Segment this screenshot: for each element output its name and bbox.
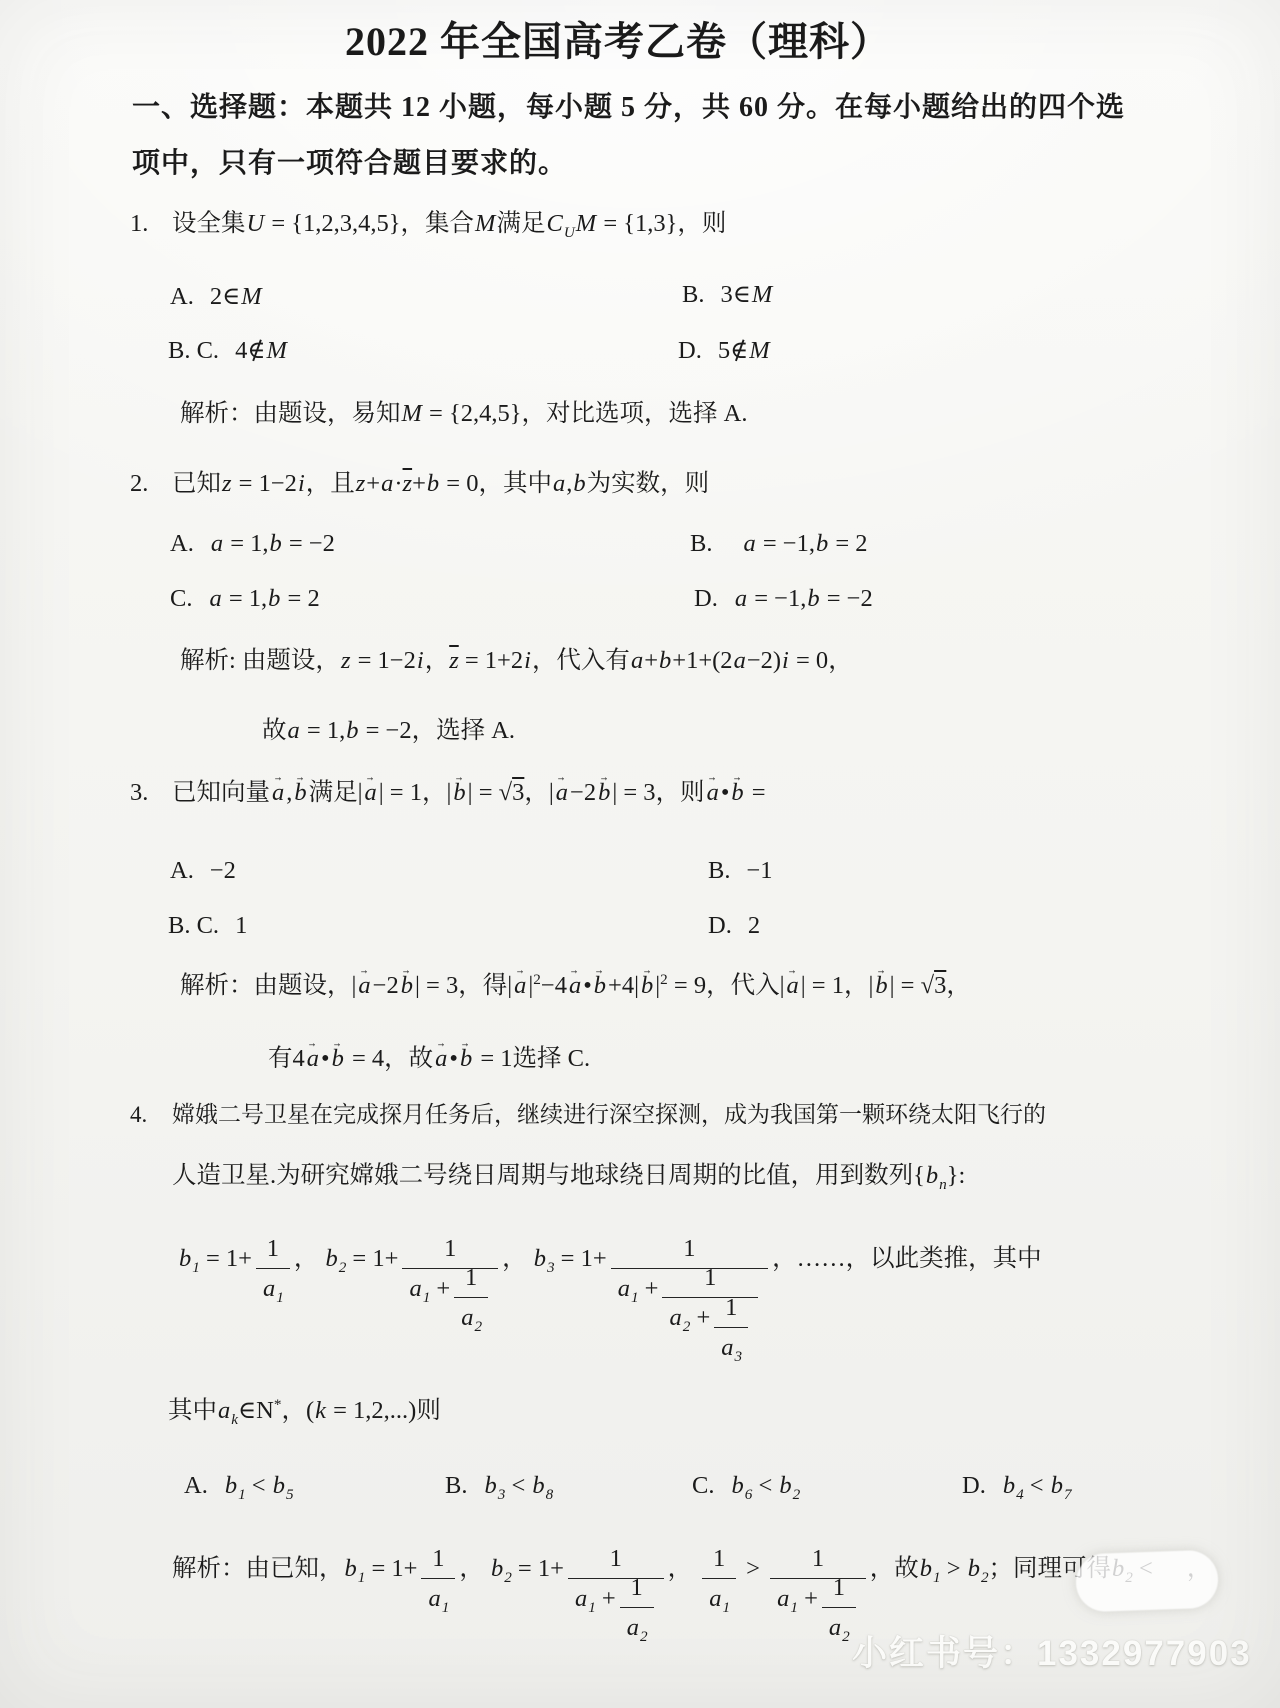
question-number: 2. [130, 468, 172, 500]
option-value: b1 < b5 [224, 1472, 294, 1499]
option-label: B. [708, 857, 730, 884]
option-d: D.b4 < b7 [962, 1470, 1072, 1505]
fraction-b3: 1a1 +1a2 +1a3 [611, 1233, 768, 1387]
option-label: A. [184, 1472, 208, 1499]
option-value: 4∉M [235, 337, 288, 364]
option-value: 5∉M [718, 337, 771, 364]
option-value: a = −1,b = 2 [742, 530, 867, 557]
exam-page: { "title": "2022 年全国高考乙卷（理科）", "section"… [0, 0, 1280, 1708]
option-value: 3∈M [720, 281, 773, 308]
b3-lhs: b3 = 1+ [533, 1245, 607, 1272]
analysis-line: 解析：由题设，易知M = {2,4,5}，对比选项，选择 A. [180, 398, 747, 430]
option-label: C. [692, 1472, 714, 1499]
comma: ， [668, 1555, 693, 1582]
option-b: B.b3 < b8 [445, 1470, 553, 1505]
option-a: A.b1 < b5 [184, 1470, 294, 1505]
option-value: −2 [210, 857, 236, 884]
question-number: 4. [130, 1100, 172, 1130]
comma: ， [294, 1245, 319, 1272]
option-label: B. [682, 281, 704, 308]
comma: ， [502, 1245, 527, 1272]
option-label: A. [170, 530, 194, 557]
watermark-id: 小红书号：1332977903 [852, 1626, 1252, 1676]
question-number: 1. [130, 208, 172, 240]
fraction-1-a1: 1a1 [702, 1543, 736, 1617]
stem-text: 设全集U = {1,2,3,4,5}，集合M满足CUM = {1,3}，则 [172, 210, 726, 237]
stem-text: 嫦娥二号卫星在完成探月任务后，继续进行深空探测，成为我国第一颗环绕太阳飞行的 [172, 1102, 1046, 1127]
option-label: B. [690, 530, 712, 557]
question-stem: 3.已知向量a,b满足|a| = 1，|b| = √3，|a−2b| = 3，则… [130, 777, 766, 809]
fraction-1-a1: 1a1 [421, 1543, 455, 1617]
option-value: a = 1,b = −2 [210, 530, 335, 557]
option-label: B. C. [168, 337, 219, 364]
option-value: b6 < b2 [730, 1472, 800, 1499]
option-label: B. [445, 1472, 467, 1499]
option-b: B.−1 [708, 855, 773, 887]
analysis-line-1: 解析: 由题设，z = 1−2i，z = 1+2i，代入有a+b+1+(2a−2… [180, 645, 853, 677]
option-value: 2 [748, 912, 760, 939]
analysis-line-2: 有4a•b = 4，故a•b = 1选择 C. [268, 1043, 590, 1075]
option-label: A. [170, 283, 194, 310]
stem-text: 已知z = 1−2i，且z+a·z+b = 0，其中a,b为实数，则 [172, 470, 709, 497]
option-a: A.2∈M [170, 281, 263, 313]
option-label: D. [678, 337, 702, 364]
comma: ， [459, 1555, 484, 1582]
question-stem-line2: 人造卫星.为研究嫦娥二号绕日周期与地球绕日周期的比值，用到数列{bn}: [172, 1160, 965, 1195]
b2-lhs: b2 = 1+ [324, 1245, 398, 1272]
fraction-b2: 1a1 +1a2 [402, 1233, 498, 1347]
option-c: C.b6 < b2 [692, 1470, 800, 1505]
fraction-b1: 1a1 [256, 1233, 290, 1307]
option-c: B. C.4∉M [168, 335, 288, 367]
analysis-pre: 解析：由已知， [172, 1555, 344, 1582]
option-label: C. [170, 585, 192, 612]
analysis-line-1: 解析：由题设，|a−2b| = 3，得|a|2−4a•b+4|b|2 = 9，代… [180, 970, 971, 1002]
stem-text: 已知向量a,b满足|a| = 1，|b| = √3，|a−2b| = 3，则a•… [172, 779, 766, 806]
option-b: B.a = −1,b = 2 [690, 528, 868, 560]
option-c: C.a = 1,b = 2 [170, 583, 320, 615]
option-value: a = 1,b = 2 [208, 585, 319, 612]
greater-than: > [740, 1555, 766, 1582]
analysis-line-2: 故a = 1,b = −2，选择 A. [262, 715, 515, 747]
option-a: A.a = 1,b = −2 [170, 528, 335, 560]
option-value: b3 < b8 [483, 1472, 553, 1499]
option-a: A.−2 [170, 855, 236, 887]
option-value: b4 < b7 [1002, 1472, 1072, 1499]
condition-line: 其中ak∈N*，(k = 1,2,...)则 [168, 1395, 441, 1430]
formula-tail: ，……，以此类推，其中 [772, 1245, 1042, 1272]
section-instructions-line2: 项中，只有一项符合题目要求的。 [132, 146, 567, 182]
question-stem-line1: 4.嫦娥二号卫星在完成探月任务后，继续进行深空探测，成为我国第一颗环绕太阳飞行的 [130, 1100, 1046, 1130]
sequence-formula: b1 = 1+1a1， b2 = 1+1a1 +1a2， b3 = 1+1a1 … [178, 1243, 1042, 1397]
option-label: D. [694, 585, 718, 612]
question-number: 3. [130, 777, 172, 809]
option-value: a = −1,b = −2 [734, 585, 873, 612]
option-label: B. C. [168, 912, 219, 939]
section-instructions-line1: 一、选择题：本题共 12 小题，每小题 5 分，共 60 分。在每小题给出的四个… [132, 90, 1125, 126]
b1-lhs: b1 = 1+ [178, 1245, 252, 1272]
option-label: D. [708, 912, 732, 939]
fraction-b2: 1a1 +1a2 [568, 1543, 664, 1657]
option-label: A. [170, 857, 194, 884]
watermark-badge [1075, 1550, 1219, 1613]
option-b: B.3∈M [682, 279, 773, 311]
option-d: D.a = −1,b = −2 [694, 583, 873, 615]
option-c: B. C.1 [168, 910, 247, 942]
option-label: D. [962, 1472, 986, 1499]
option-d: D.5∉M [678, 335, 771, 367]
page-title: 2022 年全国高考乙卷（理科） [0, 16, 1258, 68]
option-value: 1 [235, 912, 247, 939]
question-stem: 2.已知z = 1−2i，且z+a·z+b = 0，其中a,b为实数，则 [130, 468, 709, 500]
question-stem: 1.设全集U = {1,2,3,4,5}，集合M满足CUM = {1,3}，则 [130, 208, 726, 243]
option-d: D.2 [708, 910, 760, 942]
option-value: 2∈M [210, 283, 263, 310]
option-value: −1 [746, 857, 772, 884]
